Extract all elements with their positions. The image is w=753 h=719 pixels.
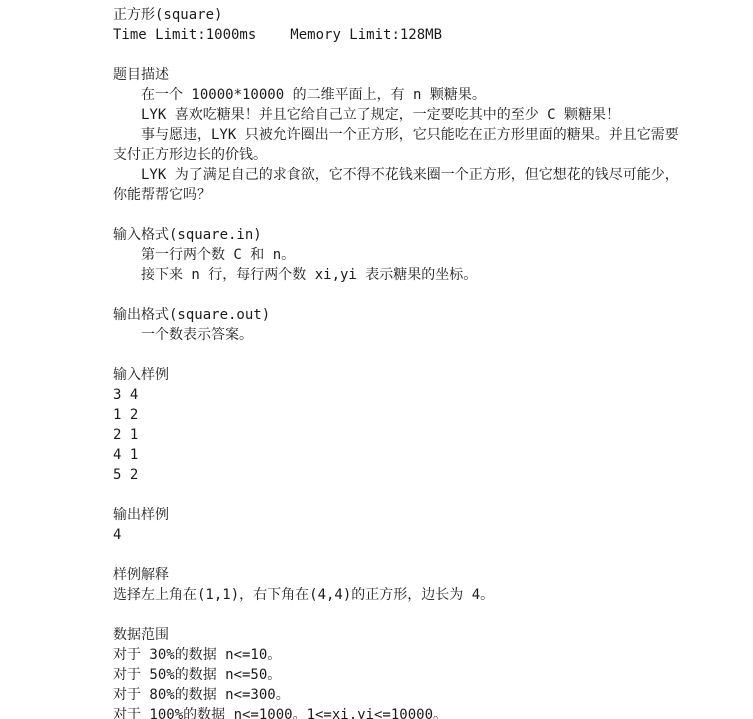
section-sample-output: 输出样例 4 — [113, 505, 683, 545]
problem-document: 正方形(square) Time Limit:1000msMemory Limi… — [0, 0, 753, 719]
text-line: 支付正方形边长的价钱。 — [113, 145, 683, 165]
text-line: 事与愿违，LYK 只被允许圈出一个正方形，它只能吃在正方形里面的糖果。并且它需要 — [113, 125, 683, 145]
memory-limit: Memory Limit:128MB — [290, 27, 442, 43]
sample-line: 2 1 — [113, 425, 683, 445]
section-input-format: 输入格式(square.in) 第一行两个数 C 和 n。 接下来 n 行，每行… — [113, 225, 683, 285]
problem-title: 正方形(square) — [113, 5, 683, 25]
problem-header: 正方形(square) Time Limit:1000msMemory Limi… — [113, 5, 683, 45]
sample-line: 3 4 — [113, 385, 683, 405]
section-constraints: 数据范围 对于 30%的数据 n<=10。 对于 50%的数据 n<=50。 对… — [113, 625, 683, 719]
constraint-line: 对于 80%的数据 n<=300。 — [113, 685, 683, 705]
constraint-line: 对于 50%的数据 n<=50。 — [113, 665, 683, 685]
limits-line: Time Limit:1000msMemory Limit:128MB — [113, 25, 683, 45]
text-line: 一个数表示答案。 — [113, 325, 683, 345]
explanation-heading: 样例解释 — [113, 565, 683, 585]
sample-line: 4 1 — [113, 445, 683, 465]
sample-input-heading: 输入样例 — [113, 365, 683, 385]
sample-line: 5 2 — [113, 465, 683, 485]
sample-output-heading: 输出样例 — [113, 505, 683, 525]
text-line: LYK 为了满足自己的求食欲，它不得不花钱来圈一个正方形，但它想花的钱尽可能少， — [113, 165, 683, 185]
sample-line: 1 2 — [113, 405, 683, 425]
text-line: 选择左上角在(1,1)，右下角在(4,4)的正方形，边长为 4。 — [113, 585, 683, 605]
description-heading: 题目描述 — [113, 65, 683, 85]
text-line: LYK 喜欢吃糖果！并且它给自己立了规定，一定要吃其中的至少 C 颗糖果！ — [113, 105, 683, 125]
sample-line: 4 — [113, 525, 683, 545]
text-line: 接下来 n 行，每行两个数 xi,yi 表示糖果的坐标。 — [113, 265, 683, 285]
time-limit: Time Limit:1000ms — [113, 27, 256, 43]
section-explanation: 样例解释 选择左上角在(1,1)，右下角在(4,4)的正方形，边长为 4。 — [113, 565, 683, 605]
text-line: 你能帮帮它吗？ — [113, 185, 683, 205]
section-sample-input: 输入样例 3 4 1 2 2 1 4 1 5 2 — [113, 365, 683, 485]
constraint-line: 对于 30%的数据 n<=10。 — [113, 645, 683, 665]
section-output-format: 输出格式(square.out) 一个数表示答案。 — [113, 305, 683, 345]
input-format-heading: 输入格式(square.in) — [113, 225, 683, 245]
text-line: 在一个 10000*10000 的二维平面上，有 n 颗糖果。 — [113, 85, 683, 105]
constraints-heading: 数据范围 — [113, 625, 683, 645]
section-description: 题目描述 在一个 10000*10000 的二维平面上，有 n 颗糖果。 LYK… — [113, 65, 683, 205]
output-format-heading: 输出格式(square.out) — [113, 305, 683, 325]
text-line: 第一行两个数 C 和 n。 — [113, 245, 683, 265]
constraint-line: 对于 100%的数据 n<=1000。1<=xi,yi<=10000。 — [113, 705, 683, 719]
